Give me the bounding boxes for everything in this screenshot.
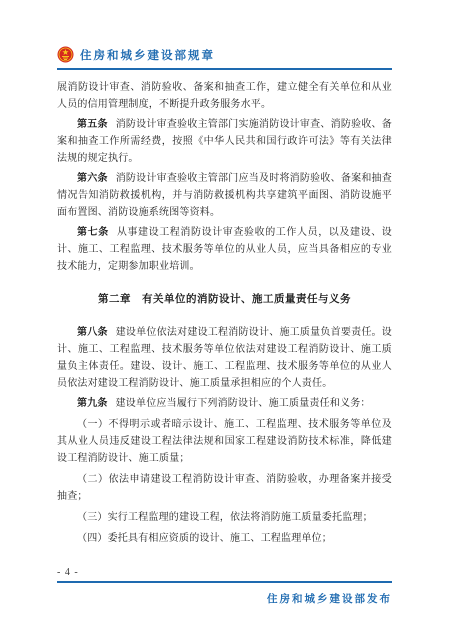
page-content: 住房和城乡建设部规章 展消防设计审查、消防验收、备案和抽查工作，建立健全有关单位…	[57, 46, 392, 547]
article-number: 第五条	[77, 119, 108, 130]
document-page: 住房和城乡建设部规章 展消防设计审查、消防验收、备案和抽查工作，建立健全有关单位…	[0, 0, 450, 636]
article-paragraph: 第七条从事建设工程消防设计审查验收的工作人员，以及建设、设计、施工、工程监理、技…	[57, 224, 392, 275]
chapter-heading: 第二章 有关单位的消防设计、施工质量责任与义务	[57, 291, 392, 308]
document-header-title: 住房和城乡建设部规章	[80, 47, 215, 63]
article-paragraph: 第六条消防设计审查验收主管部门应当及时将消防验收、备案和抽查情况告知消防救援机构…	[57, 170, 392, 221]
article-number: 第九条	[77, 398, 108, 409]
document-header: 住房和城乡建设部规章	[57, 46, 392, 63]
paragraph-continuation: 展消防设计审查、消防验收、备案和抽查工作，建立健全有关单位和从业人员的信用管理制…	[57, 79, 392, 113]
article-number: 第八条	[77, 327, 108, 338]
article-paragraph: 第九条建设单位应当履行下列消防设计、施工质量责任和义务：	[57, 395, 392, 412]
national-emblem-icon	[57, 46, 74, 63]
page-number: - 4 -	[57, 567, 392, 578]
article-number: 第六条	[77, 173, 108, 184]
header-divider	[57, 68, 392, 70]
footer-divider	[57, 581, 392, 583]
article-number: 第七条	[77, 227, 109, 238]
document-footer: - 4 - 住房和城乡建设部发布	[57, 567, 392, 606]
article-paragraph: 第八条建设单位依法对建设工程消防设计、施工质量负首要责任。设计、施工、工程监理、…	[57, 324, 392, 392]
document-body: 展消防设计审查、消防验收、备案和抽查工作，建立健全有关单位和从业人员的信用管理制…	[57, 79, 392, 547]
list-item: （四）委托具有相应资质的设计、施工、工程监理单位；	[57, 530, 392, 547]
list-item: （三）实行工程监理的建设工程，依法将消防施工质量委托监理；	[57, 509, 392, 526]
list-item: （一）不得明示或者暗示设计、施工、工程监理、技术服务等单位及其从业人员违反建设工…	[57, 416, 392, 467]
article-paragraph: 第五条消防设计审查验收主管部门实施消防设计审查、消防验收、备案和抽查工作所需经费…	[57, 116, 392, 167]
publisher-label: 住房和城乡建设部发布	[57, 591, 392, 606]
article-text: 建设单位应当履行下列消防设计、施工质量责任和义务：	[116, 398, 371, 409]
list-item: （二）依法申请建设工程消防设计审查、消防验收，办理备案并接受抽查；	[57, 471, 392, 505]
